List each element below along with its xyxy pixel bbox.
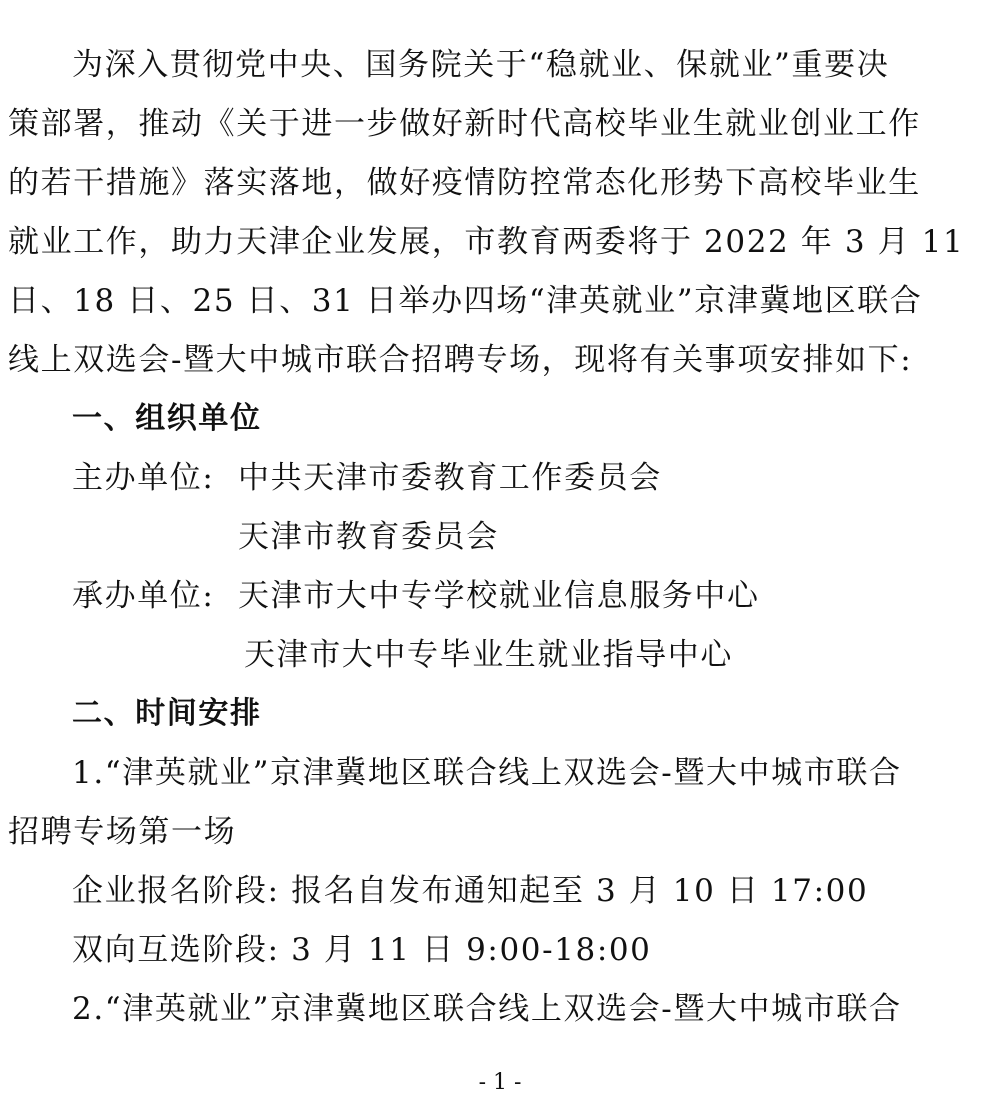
host-unit-2: 天津市教育委员会 [238,517,499,557]
host-unit-1: 中共天津市委教育工作委员会 [238,458,662,498]
intro-line-4: 就业工作，助力天津企业发展，市教育两委将于 2022 年 3 月 11 [8,222,964,262]
page-number: - 1 - [0,1070,1000,1096]
intro-line-6: 线上双选会-暨大中城市联合招聘专场，现将有关事项安排如下: [8,340,912,380]
schedule-item-1-line-1: 1.“津英就业”京津冀地区联合线上双选会-暨大中城市联合 [72,753,902,793]
schedule-item-1-line-2: 招聘专场第一场 [8,812,236,852]
intro-line-1: 为深入贯彻党中央、国务院关于“稳就业、保就业”重要决 [72,45,889,85]
registration-phase: 企业报名阶段: 报名自发布通知起至 3 月 10 日 17:00 [72,871,868,911]
section-heading-schedule: 二、时间安排 [72,694,262,734]
organizer-unit-1: 天津市大中专学校就业信息服务中心 [238,576,760,616]
intro-line-3: 的若干措施》落实落地，做好疫情防控常态化形势下高校毕业生 [8,163,921,203]
organizer-label: 承办单位: [72,576,214,616]
section-heading-organizations: 一、组织单位 [72,399,262,439]
selection-phase: 双向互选阶段: 3 月 11 日 9:00-18:00 [72,930,652,970]
schedule-item-2-line-1: 2.“津英就业”京津冀地区联合线上双选会-暨大中城市联合 [72,989,902,1029]
host-label: 主办单位: [72,458,214,498]
intro-line-2: 策部署，推动《关于进一步做好新时代高校毕业生就业创业工作 [8,104,921,144]
organizer-unit-2: 天津市大中专毕业生就业指导中心 [244,635,733,675]
intro-line-5: 日、18 日、25 日、31 日举办四场“津英就业”京津冀地区联合 [8,281,922,321]
